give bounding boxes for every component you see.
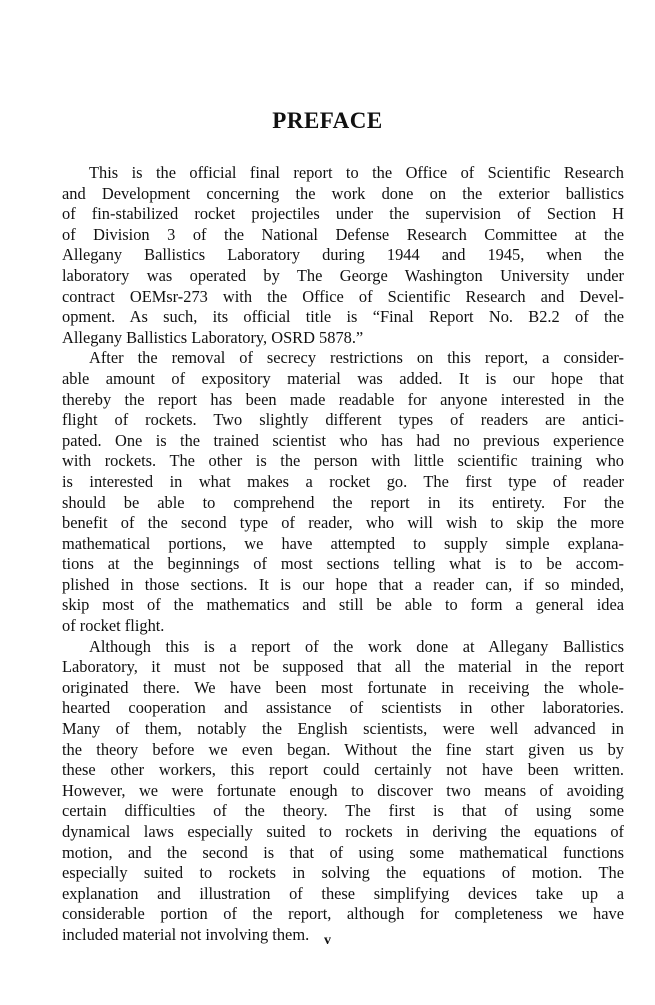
text-line: explanation and illustration of these si… [62, 884, 624, 905]
text-line: able amount of expository material was a… [62, 369, 624, 390]
text-line: with rockets. The other is the person wi… [62, 451, 624, 472]
paragraph-2: After the removal of secrecy restriction… [62, 348, 624, 636]
text-line: skip most of the mathematics and still b… [62, 595, 624, 616]
text-line: is interested in what makes a rocket go.… [62, 472, 624, 493]
text-line: hearted cooperation and assistance of sc… [62, 698, 624, 719]
text-line: contract OEMsr-273 with the Office of Sc… [62, 287, 624, 308]
text-line: the theory before we even began. Without… [62, 740, 624, 761]
text-line: motion, and the second is that of using … [62, 843, 624, 864]
text-line: flight of rockets. Two slightly differen… [62, 410, 624, 431]
text-line: Laboratory, it must not be supposed that… [62, 657, 624, 678]
page-number: v [0, 933, 655, 949]
text-line: certain difficulties of the theory. The … [62, 801, 624, 822]
text-line: considerable portion of the report, alth… [62, 904, 624, 925]
text-line: and Development concerning the work done… [62, 184, 624, 205]
text-line: these other workers, this report could c… [62, 760, 624, 781]
text-line: After the removal of secrecy restriction… [62, 348, 624, 369]
text-line: Allegany Ballistics Laboratory, OSRD 587… [62, 328, 624, 349]
text-line: especially suited to rockets in solving … [62, 863, 624, 884]
text-line: tions at the beginnings of most sections… [62, 554, 624, 575]
text-line: should be able to comprehend the report … [62, 493, 624, 514]
page-title: PREFACE [0, 108, 655, 134]
text-line: dynamical laws especially suited to rock… [62, 822, 624, 843]
preface-body: This is the official final report to the… [62, 163, 624, 946]
text-line: However, we were fortunate enough to dis… [62, 781, 624, 802]
text-line: of fin-stabilized rocket projectiles und… [62, 204, 624, 225]
text-line: Many of them, notably the English scient… [62, 719, 624, 740]
text-line: opment. As such, its official title is “… [62, 307, 624, 328]
paragraph-3: Although this is a report of the work do… [62, 637, 624, 946]
text-line: This is the official final report to the… [62, 163, 624, 184]
text-line: plished in those sections. It is our hop… [62, 575, 624, 596]
text-line: Allegany Ballistics Laboratory during 19… [62, 245, 624, 266]
text-line: thereby the report has been made readabl… [62, 390, 624, 411]
text-line: pated. One is the trained scientist who … [62, 431, 624, 452]
text-line: benefit of the second type of reader, wh… [62, 513, 624, 534]
text-line: originated there. We have been most fort… [62, 678, 624, 699]
text-line: Although this is a report of the work do… [62, 637, 624, 658]
paragraph-1: This is the official final report to the… [62, 163, 624, 348]
text-line: of Division 3 of the National Defense Re… [62, 225, 624, 246]
text-line: of rocket flight. [62, 616, 624, 637]
text-line: mathematical portions, we have attempted… [62, 534, 624, 555]
text-line: laboratory was operated by The George Wa… [62, 266, 624, 287]
